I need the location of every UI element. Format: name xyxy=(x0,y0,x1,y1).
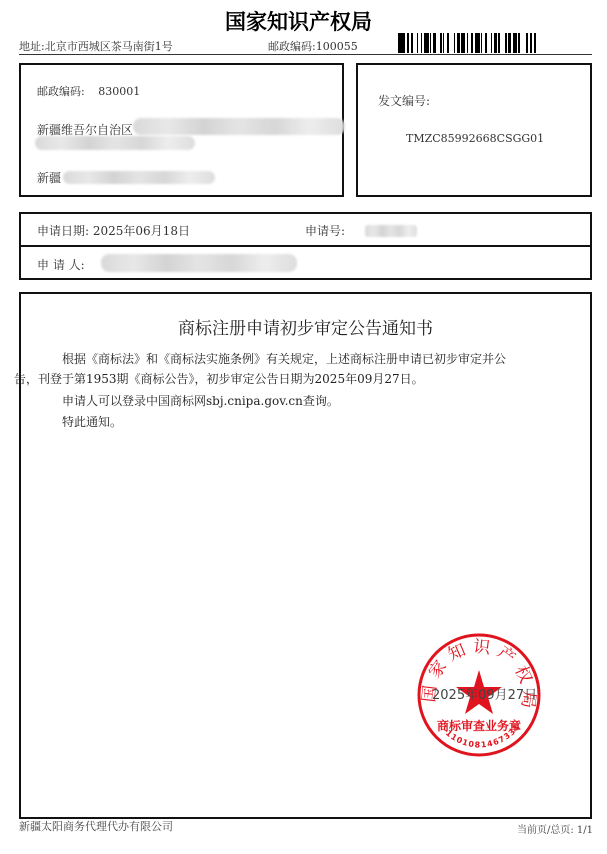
application-date: 申请日期: 2025年06月18日 xyxy=(37,222,190,239)
issuer-title: 国家知识产权局 xyxy=(225,6,372,36)
notice-title: 商标注册申请初步审定公告通知书 xyxy=(21,314,590,339)
notice-paragraph-1: 根据《商标法》和《商标法实施条例》有关规定，上述商标注册申请已初步审定并公 告，… xyxy=(38,349,578,389)
header-divider xyxy=(19,54,592,55)
reference-box: 发文编号: TMZC85992668CSGG01 xyxy=(356,63,592,197)
applicant-label: 申 请 人: xyxy=(37,256,85,273)
seal-date: 2025年09月27日 xyxy=(432,684,537,703)
info-divider xyxy=(21,245,590,247)
redacted-address xyxy=(133,118,345,135)
redacted-address xyxy=(35,136,195,150)
recipient-postcode-label: 邮政编码: xyxy=(37,85,85,98)
issuer-address: 地址:北京市西城区茶马南街1号 xyxy=(19,38,173,54)
barcode-icon xyxy=(398,33,592,53)
page-indicator: 当前页/总页: 1/1 xyxy=(517,821,593,836)
issuer-postcode: 邮政编码:100055 xyxy=(268,38,358,54)
application-number-label: 申请号: xyxy=(305,222,345,239)
agency-name: 新疆太阳商务代理代办有限公司 xyxy=(19,818,173,834)
recipient-address-box: 邮政编码: 830001 新疆维吾尔自治区 新疆 xyxy=(19,63,344,197)
reference-label: 发文编号: xyxy=(378,92,430,109)
redacted-recipient xyxy=(63,171,215,184)
notice-paragraph-1-line-2: 告，刊登于第1953期《商标公告》，初步审定公告日期为2025年09月27日。 xyxy=(14,372,424,386)
recipient-name-line: 新疆 xyxy=(37,169,61,186)
reference-number: TMZC85992668CSGG01 xyxy=(406,132,544,145)
notice-paragraph-3: 特此通知。 xyxy=(38,412,578,432)
notice-paragraph-1-line-1: 根据《商标法》和《商标法实施条例》有关规定，上述商标注册申请已初步审定并公 xyxy=(62,352,506,366)
application-info-box: 申请日期: 2025年06月18日 申请号: 申 请 人: xyxy=(19,212,592,280)
application-date-value: 2025年06月18日 xyxy=(93,224,190,238)
redacted-applicant xyxy=(101,254,297,272)
recipient-postcode-value: 830001 xyxy=(98,85,140,98)
redacted-application-number xyxy=(365,225,417,237)
application-date-label: 申请日期: xyxy=(37,224,89,238)
recipient-postcode: 邮政编码: 830001 xyxy=(37,83,140,99)
notice-paragraph-2: 申请人可以登录中国商标网sbj.cnipa.gov.cn查询。 xyxy=(38,391,578,411)
